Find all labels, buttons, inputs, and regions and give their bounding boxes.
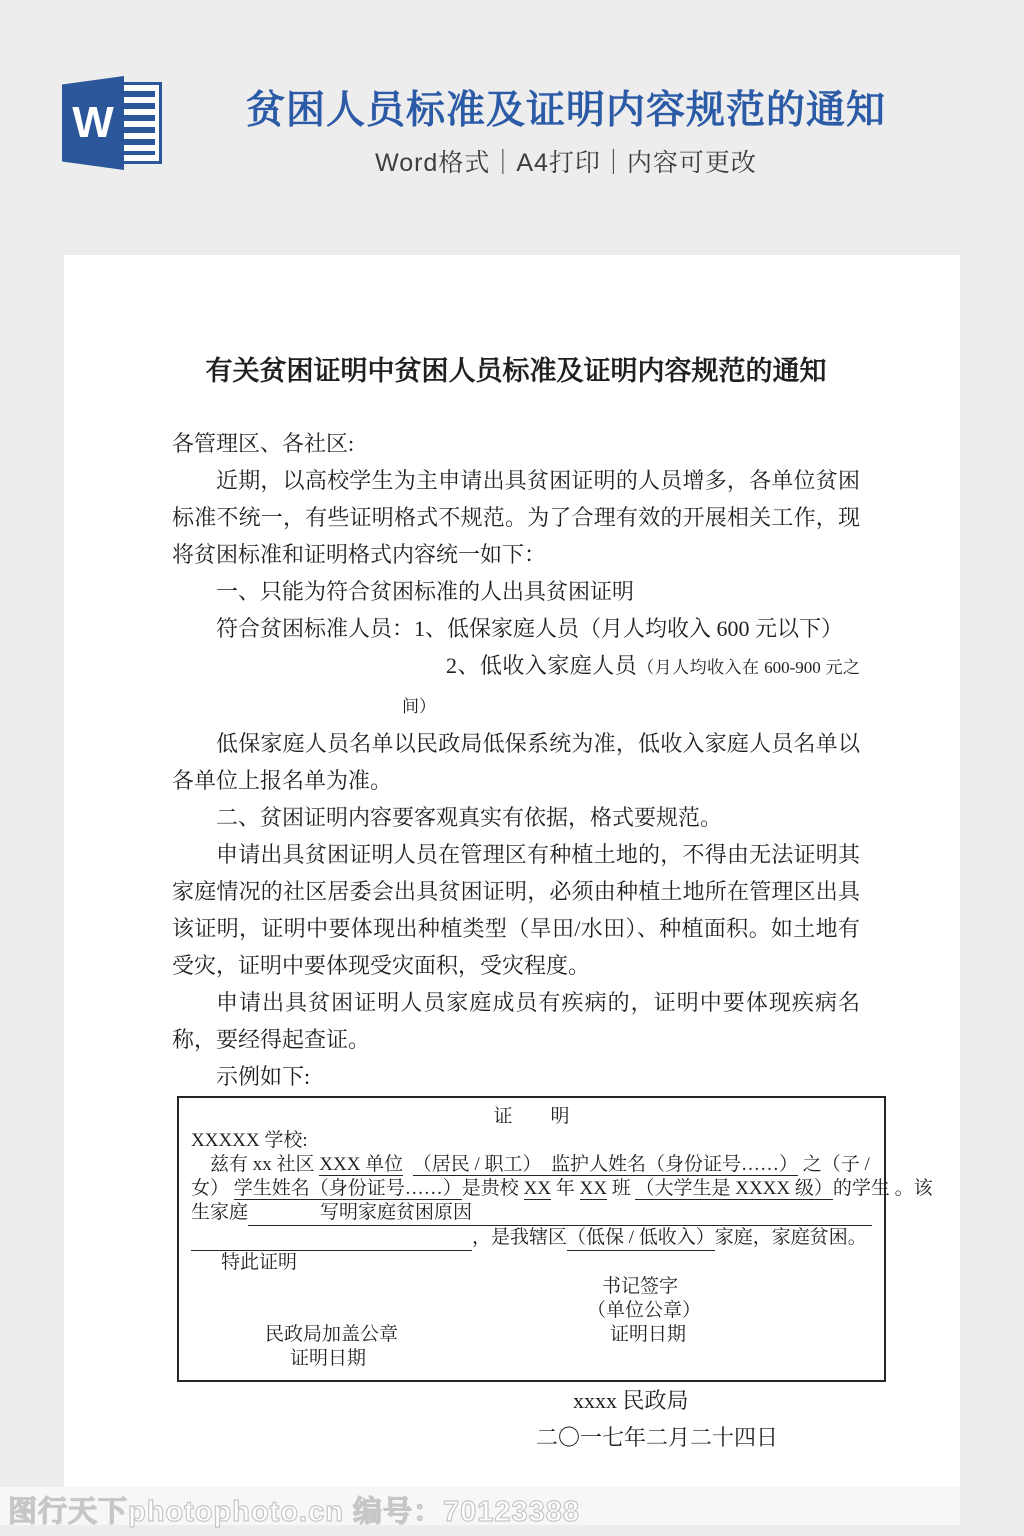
sign-row: 民政局加盖公章证明日期 (191, 1323, 872, 1347)
line2-underlined-student: 学生姓名（身份证号……） (234, 1178, 462, 1200)
header: 贫困人员标准及证明内容规范的通知 Word格式｜A4打印｜内容可更改 (225, 88, 907, 179)
paragraph-item2: 二、贫困证明内容要客观真实有依据，格式要规范。 (172, 799, 860, 836)
paragraph-illness: 申请出具贫困证明人员家庭成员有疾病的，证明中要体现疾病名称，要经得起查证。 (172, 984, 860, 1058)
document-content: 有关贫困证明中贫困人员标准及证明内容规范的通知 各管理区、各社区: 近期，以高校… (64, 255, 960, 1456)
paragraph-standard2: 2、低收入家庭人员（月人均收入在 600-900 元之间） (172, 647, 860, 725)
line1-gap (403, 1154, 413, 1175)
sign-civil-affairs: 民政局加盖公章 (265, 1323, 398, 1347)
paragraph-list-basis: 低保家庭人员名单以民政局低保系统为准，低收入家庭人员名单以各单位上报名单为准。 (172, 725, 860, 799)
line1-underlined-unit: XXX 单位 (319, 1154, 403, 1176)
certificate-line2: 女） 学生姓名（身份证号……）是贵校 XX 年 XX 班 （大学生是 XXXX … (191, 1177, 872, 1201)
certificate-line3: 生家庭 写明家庭贫困原因 (191, 1201, 872, 1226)
closing-date: 二〇一七年二月二十四日 (172, 1419, 860, 1456)
line1-pre: 兹有 xx 社区 (191, 1154, 319, 1175)
sample-certificate-box: 证 明 XXXXX 学校: 兹有 xx 社区 XXX 单位 （居民 / 职工） … (177, 1096, 886, 1382)
watermark-text: 图行天下photophoto.cn 编号：70123388 (8, 1489, 580, 1530)
page-title: 贫困人员标准及证明内容规范的通知 (225, 88, 907, 134)
line4-underlined-type: （低保 / 低收入） (567, 1226, 715, 1251)
line2-pre: 女） (191, 1178, 234, 1199)
line2-underlined-year: XX (524, 1178, 551, 1200)
line4-mid: ，是我辖区 (472, 1226, 567, 1250)
page-subtitle: Word格式｜A4打印｜内容可更改 (225, 143, 907, 179)
certificate-line1: 兹有 xx 社区 XXX 单位 （居民 / 职工） 监护人姓名（身份证号……） … (191, 1153, 872, 1177)
certificate-attest: 特此证明 (191, 1251, 872, 1275)
paragraph-land: 申请出具贫困证明人员在管理区有种植土地的，不得由无法证明其家庭情况的社区居委会出… (172, 836, 860, 984)
line4-post: 家庭，家庭贫困。 (715, 1226, 867, 1250)
word-icon: W (62, 76, 162, 170)
line1-post: 之（子 / (798, 1154, 870, 1175)
word-icon-front: W (62, 76, 124, 170)
document-page: 有关贫困证明中贫困人员标准及证明内容规范的通知 各管理区、各社区: 近期，以高校… (64, 255, 960, 1487)
paragraph-example: 示例如下: (172, 1058, 860, 1095)
document-title: 有关贫困证明中贫困人员标准及证明内容规范的通知 (172, 255, 860, 391)
line3-reason-hint: 写明家庭贫困原因 (320, 1201, 472, 1226)
line2-mid2: 年 (551, 1178, 580, 1199)
word-icon-letter: W (72, 101, 114, 145)
watermark-band: 图行天下photophoto.cn 编号：70123388 (0, 1487, 960, 1525)
salutation: 各管理区、各社区: (172, 425, 860, 462)
sign-secretary: 书记签字 (191, 1275, 872, 1299)
blank-line (472, 1201, 872, 1226)
line2-mid1: 是贵校 (462, 1178, 524, 1199)
sign-date-left: 证明日期 (191, 1347, 872, 1371)
blank-line (191, 1226, 472, 1251)
line3-pre: 生家庭 (191, 1201, 248, 1225)
line2-underlined-grade: （大学生是 XXXX 级） (635, 1178, 832, 1200)
line1-underlined-guardian: （居民 / 职工） 监护人姓名（身份证号……） (413, 1154, 798, 1176)
closing-agency: xxxx 民政局 (172, 1382, 860, 1419)
paragraph-standard1: 符合贫困标准人员：1、低保家庭人员（月人均收入 600 元以下） (172, 610, 860, 647)
line2-underlined-class: XX (580, 1178, 607, 1200)
paragraph-intro: 近期，以高校学生为主申请出具贫困证明的人员增多，各单位贫困标准不统一，有些证明格… (172, 462, 860, 573)
line2-post: 的学生 。该 (833, 1178, 933, 1199)
certificate-line4: ，是我辖区（低保 / 低收入）家庭，家庭贫困。 (191, 1226, 872, 1251)
standard2-main: 2、低收入家庭人员 (446, 653, 637, 678)
paragraph-item1: 一、只能为符合贫困标准的人出具贫困证明 (172, 573, 860, 610)
sign-seal: （单位公章） (191, 1299, 872, 1323)
certificate-school-line: XXXXX 学校: (191, 1129, 872, 1153)
line2-mid3: 班 (607, 1178, 636, 1199)
certificate-title: 证 明 (191, 1105, 872, 1129)
sign-date-right: 证明日期 (610, 1323, 686, 1347)
blank-line (248, 1201, 320, 1226)
